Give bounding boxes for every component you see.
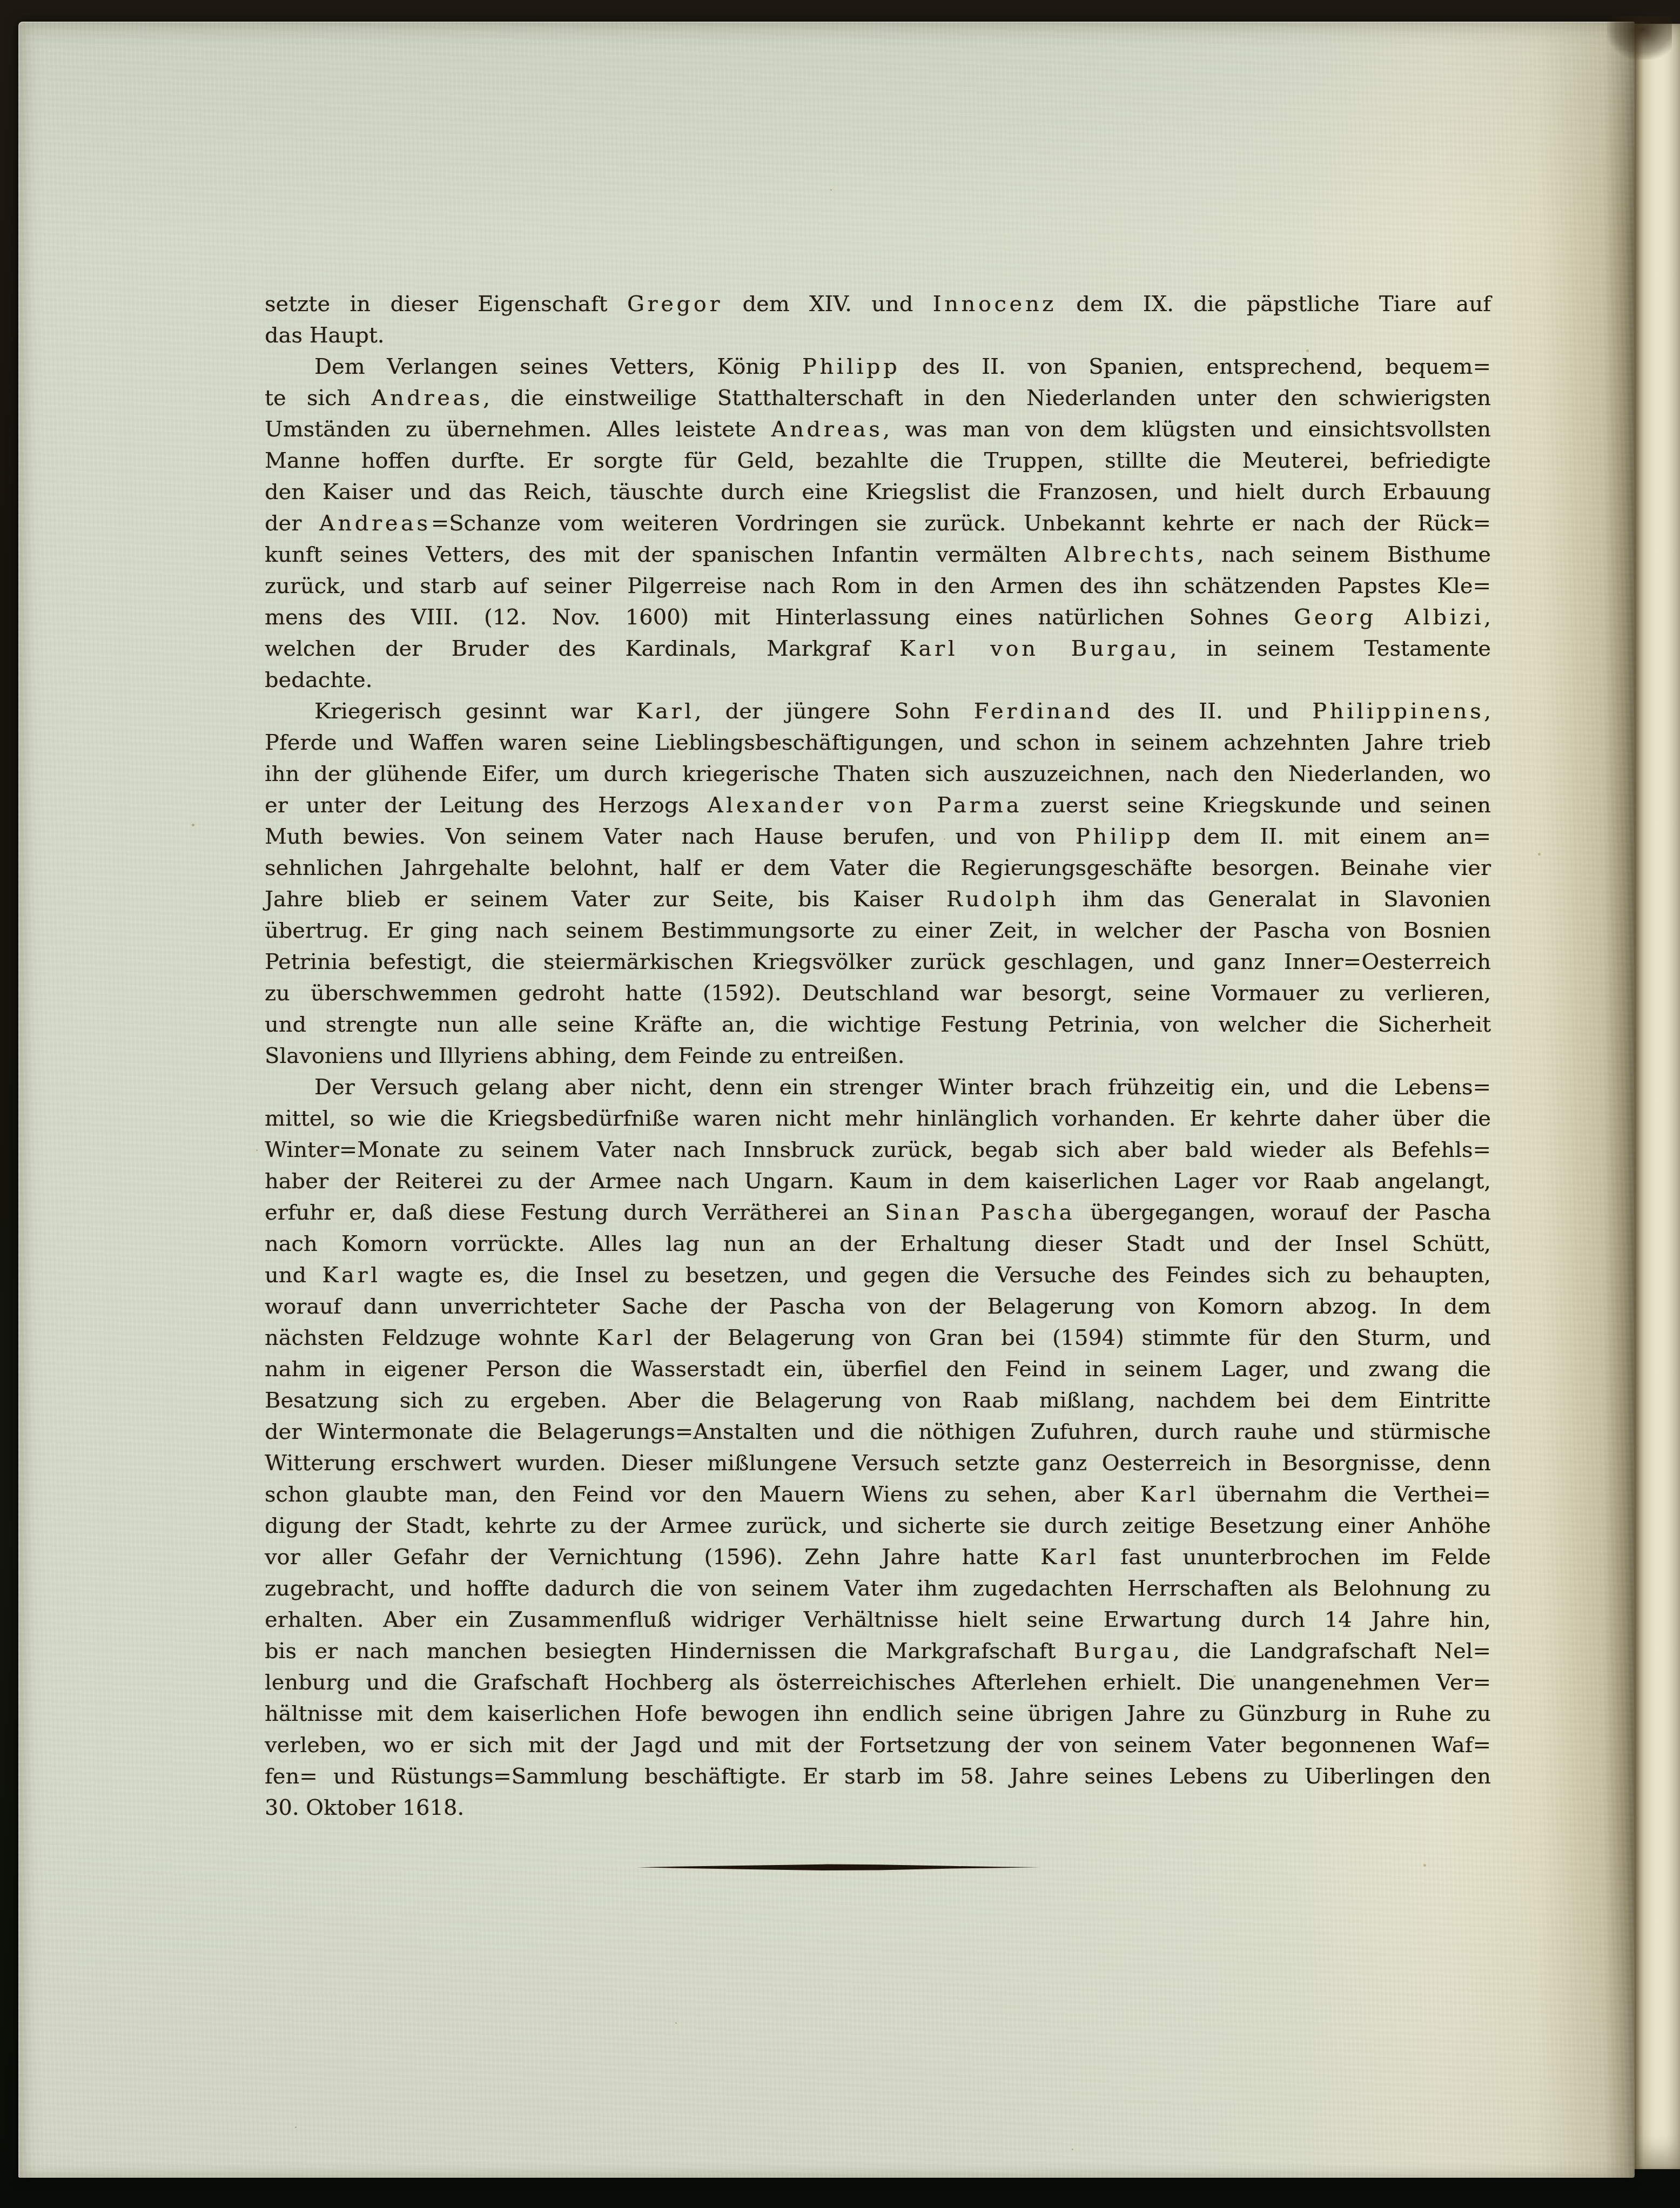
letterspaced-name: Karl: [597, 1325, 655, 1350]
text-line: der Andreas=Schanze vom weiteren Vordrin…: [265, 508, 1491, 539]
letterspaced-name: Philipp: [1312, 699, 1410, 724]
text-block: setzte in dieser Eigenschaft Gregor dem …: [265, 288, 1491, 1823]
letterspaced-name: Alexander von Parma: [708, 793, 1022, 818]
text-line: den Kaiser und das Reich, täuschte durch…: [265, 476, 1491, 508]
text-line: ihn der glühende Eifer, um durch krieger…: [265, 758, 1491, 790]
letterspaced-name: Ferdinand: [974, 699, 1113, 724]
letterspaced-name: Albrechts: [1065, 542, 1197, 567]
text-line: zu überschwemmen gedroht hatte (1592). D…: [265, 978, 1491, 1009]
adjacent-page-edge: [1635, 24, 1680, 2169]
letterspaced-name: Rudolph: [946, 887, 1059, 912]
text-line: mittel, so wie die Kriegsbedürfniße ware…: [265, 1103, 1491, 1134]
text-line: Pferde und Waffen waren seine Lieblingsb…: [265, 727, 1491, 758]
letterspaced-name: Andreas: [771, 417, 883, 442]
text-line: bedachte.: [265, 664, 1491, 696]
text-line: welchen der Bruder des Kardinals, Markgr…: [265, 633, 1491, 664]
text-line: Dem Verlangen seines Vetters, König Phil…: [265, 351, 1491, 382]
letterspaced-name: Sinan Pascha: [885, 1200, 1075, 1225]
text-line: nach Komorn vorrückte. Alles lag nun an …: [265, 1228, 1491, 1260]
letterspaced-name: Burgau: [1071, 636, 1170, 661]
letterspaced-name: Karl: [1140, 1482, 1199, 1507]
text-line: erhalten. Aber ein Zusammenfluß widriger…: [265, 1604, 1491, 1635]
letterspaced-name: Philipp: [802, 354, 900, 379]
text-line: übertrug. Er ging nach seinem Bestimmung…: [265, 915, 1491, 946]
section-divider-rule: [637, 1862, 1040, 1872]
text-line: Slavoniens und Illyriens abhing, dem Fei…: [265, 1040, 1491, 1072]
text-line: das Haupt.: [265, 320, 1491, 351]
text-line: Kriegerisch gesinnt war Karl, der jünger…: [265, 696, 1491, 727]
letterspaced-name: Burgau: [1074, 1639, 1173, 1664]
text-line: Petrinia befestigt, die steiermärkischen…: [265, 946, 1491, 978]
text-line: und strengte nun alle seine Kräfte an, d…: [265, 1009, 1491, 1040]
text-line: erfuhr er, daß diese Festung durch Verrä…: [265, 1197, 1491, 1228]
letterspaced-name: Andreas: [372, 386, 483, 410]
text-line: Jahre blieb er seinem Vater zur Seite, b…: [265, 884, 1491, 915]
letterspaced-name: Karl: [1040, 1545, 1099, 1570]
book-page: setzte in dieser Eigenschaft Gregor dem …: [18, 22, 1635, 2178]
text-line: zugebracht, und hoffte dadurch die von s…: [265, 1573, 1491, 1604]
letterspaced-name: Karl: [322, 1263, 381, 1288]
text-line: fen= und Rüstungs=Sammlung beschäftigte.…: [265, 1761, 1491, 1792]
text-line: Witterung erschwert wurden. Dieser mißlu…: [265, 1448, 1491, 1479]
text-line: worauf dann unverrichteter Sache der Pas…: [265, 1291, 1491, 1322]
text-line: mens des VIII. (12. Nov. 1600) mit Hinte…: [265, 602, 1491, 633]
letterspaced-name: Philipp: [1076, 824, 1173, 849]
text-line: Der Versuch gelang aber nicht, denn ein …: [265, 1072, 1491, 1103]
text-line: te sich Andreas, die einstweilige Statth…: [265, 382, 1491, 414]
text-line: verleben, wo er sich mit der Jagd und mi…: [265, 1729, 1491, 1761]
text-line: sehnlichen Jahrgehalte belohnt, half er …: [265, 852, 1491, 884]
text-line: und Karl wagte es, die Insel zu besetzen…: [265, 1260, 1491, 1291]
letterspaced-name: Philippinens: [1312, 699, 1484, 724]
text-line: schon glaubte man, den Feind vor den Mau…: [265, 1479, 1491, 1510]
letterspaced-name: Karl: [636, 699, 695, 724]
text-line: bis er nach manchen besiegten Hinderniss…: [265, 1635, 1491, 1667]
text-line: Winter=Monate zu seinem Vater nach Innsb…: [265, 1134, 1491, 1166]
text-line: 30. Oktober 1618.: [265, 1792, 1491, 1823]
letterspaced-name: Georg Albizi: [1294, 605, 1484, 630]
text-line: haber der Reiterei zu der Armee nach Ung…: [265, 1166, 1491, 1197]
text-line: hältnisse mit dem kaiserlichen Hofe bewo…: [265, 1698, 1491, 1729]
text-line: zurück, und starb auf seiner Pilgerreise…: [265, 570, 1491, 602]
text-line: vor aller Gefahr der Vernichtung (1596).…: [265, 1541, 1491, 1573]
letterspaced-name: Innocenz: [933, 292, 1057, 317]
text-line: Besatzung sich zu ergeben. Aber die Bela…: [265, 1385, 1491, 1416]
text-line: digung der Stadt, kehrte zu der Armee zu…: [265, 1510, 1491, 1541]
letterspaced-name: Gregor: [627, 292, 723, 317]
text-line: Manne hoffen durfte. Er sorgte für Geld,…: [265, 445, 1491, 476]
text-line: setzte in dieser Eigenschaft Gregor dem …: [265, 288, 1491, 320]
text-line: er unter der Leitung des Herzogs Alexand…: [265, 790, 1491, 821]
text-line: Muth bewies. Von seinem Vater nach Hause…: [265, 821, 1491, 852]
text-line: kunft seines Vetters, des mit der spanis…: [265, 539, 1491, 570]
text-line: Umständen zu übernehmen. Alles leistete …: [265, 414, 1491, 445]
text-line: nahm in eigener Person die Wasserstadt e…: [265, 1354, 1491, 1385]
letterspaced-name: Andreas: [319, 511, 431, 536]
text-line: der Wintermonate die Belagerungs=Anstalt…: [265, 1416, 1491, 1448]
text-line: nächsten Feldzuge wohnte Karl der Belage…: [265, 1322, 1491, 1354]
text-line: lenburg und die Grafschaft Hochberg als …: [265, 1667, 1491, 1698]
letterspaced-name: Karl: [899, 636, 958, 661]
letterspaced-name: Karl von Burgau: [899, 636, 1170, 661]
